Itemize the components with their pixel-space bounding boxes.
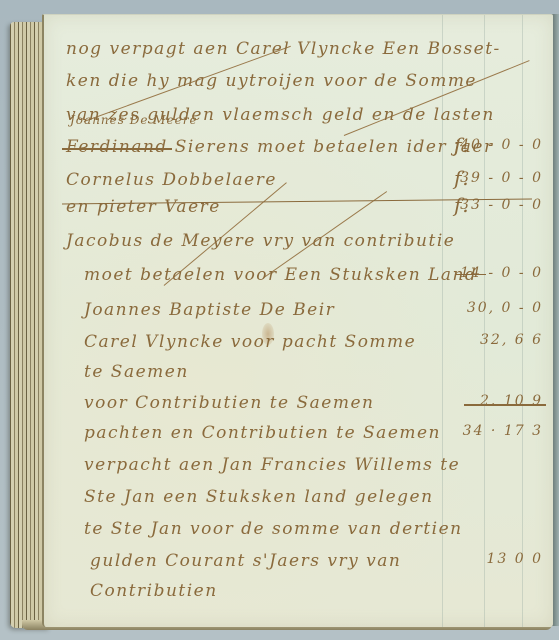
line-amount: 40 - 0 - 0 bbox=[460, 137, 543, 153]
line-text: ken die hy mag uytroijen voor de Somme bbox=[66, 71, 477, 91]
line-amount: 39 - 0 - 0 bbox=[460, 170, 543, 186]
line-text: gulden Courant s'Jaers vry van bbox=[90, 551, 401, 571]
line-text: te Saemen bbox=[84, 362, 189, 382]
line-amount: 33 - 0 - 0 bbox=[460, 197, 543, 213]
line-text: Ste Jan een Stuksken land gelegen bbox=[84, 487, 434, 507]
struck-amount: 33 bbox=[460, 197, 482, 213]
line-text: moet betaelen voor Een Stuksken Land bbox=[84, 265, 477, 285]
line-amount: 13 0 0 bbox=[486, 551, 543, 567]
line-amount: 30, 0 - 0 bbox=[467, 300, 543, 316]
line-text: Carel Vlyncke voor pacht Somme bbox=[84, 332, 416, 352]
line-text: Jacobus de Meyere vry van contributie bbox=[66, 231, 455, 251]
struck-name: Ferdinand bbox=[66, 137, 168, 157]
line-text: nog verpagt aen Carel Vlyncke Een Bosset… bbox=[66, 39, 501, 59]
line-amount: 2. 10 9 bbox=[480, 393, 543, 409]
line-text: verpacht aen Jan Francies Willems te bbox=[84, 455, 460, 475]
line-text: van zes gulden vlaemsch geld en de laste… bbox=[66, 105, 495, 125]
ledger-line: Contributien bbox=[44, 571, 553, 611]
line-text: en pieter Vaere bbox=[66, 197, 221, 217]
line-text: voor Contributien te Saemen bbox=[84, 393, 374, 413]
struck-amount: 14 bbox=[460, 265, 482, 281]
line-amount: 34 · 17 3 bbox=[463, 423, 543, 439]
line-text: Ferdinand Sierens moet betaelen ider jae… bbox=[66, 137, 494, 157]
line-text-rest: Sierens moet betaelen ider jaer bbox=[175, 137, 494, 157]
line-amount: 14 - 0 - 0 bbox=[460, 265, 543, 281]
line-text: Contributien bbox=[90, 581, 218, 601]
line-text: pachten en Contributien te Saemen bbox=[84, 423, 441, 443]
sum-underline bbox=[464, 404, 546, 406]
ledger-line: moet betaelen voor Een Stuksken Land 14 … bbox=[44, 255, 553, 295]
line-text: te Ste Jan voor de somme van dertien bbox=[84, 519, 463, 539]
manuscript-page: Joannes De Meere nog verpagt aen Carel V… bbox=[42, 14, 553, 627]
line-amount: 32, 6 6 bbox=[480, 332, 543, 348]
line-text: Joannes Baptiste De Beir bbox=[84, 300, 335, 320]
